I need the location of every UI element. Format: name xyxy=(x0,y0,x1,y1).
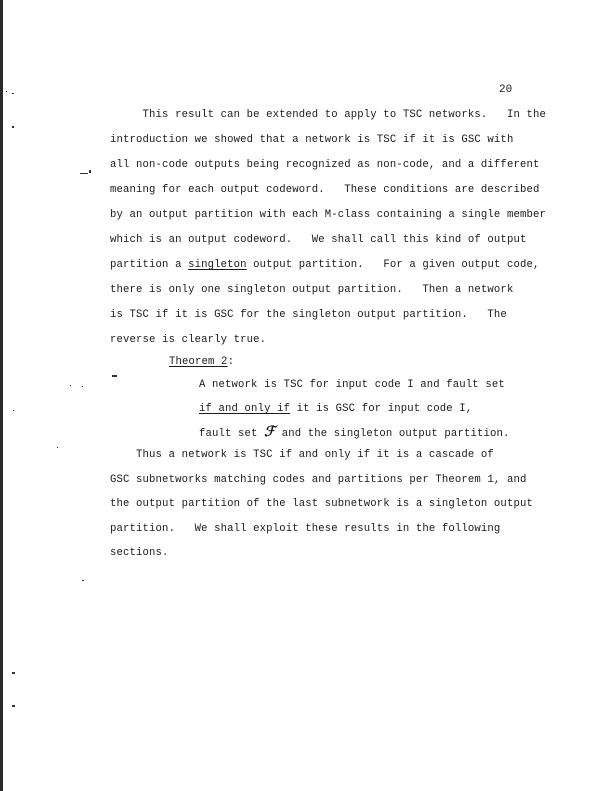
body-line: partition a singleton output partition. … xyxy=(110,258,540,272)
emphasis-singleton: singleton xyxy=(188,259,247,271)
text: and the singleton output partition. xyxy=(275,428,509,440)
body-line: meaning for each output codeword. These … xyxy=(110,183,539,197)
emphasis-iff: if and only if xyxy=(199,403,290,415)
scan-speck xyxy=(82,386,83,387)
text: output partition. For a given output cod… xyxy=(247,259,540,271)
page-number: 20 xyxy=(499,83,512,97)
body-line: by an output partition with each M-class… xyxy=(110,208,546,222)
scan-speck xyxy=(70,385,71,386)
body-line: sections. xyxy=(110,546,169,560)
scan-speck xyxy=(12,126,14,128)
body-line: there is only one singleton output parti… xyxy=(110,283,513,297)
scan-speck xyxy=(112,375,117,377)
text: : xyxy=(228,356,235,368)
theorem-heading: Theorem 2: xyxy=(169,355,234,369)
scan-speck xyxy=(13,410,14,411)
body-line: GSC subnetworks matching codes and parti… xyxy=(110,473,526,487)
scan-speck xyxy=(12,672,15,674)
body-line: all non-code outputs being recognized as… xyxy=(110,158,539,172)
fault-set-symbol: ℱ xyxy=(264,424,275,440)
text: partition a xyxy=(110,259,188,271)
body-line: the output partition of the last subnetw… xyxy=(110,497,533,511)
theorem-title: Theorem 2 xyxy=(169,356,228,368)
scan-speck xyxy=(82,580,84,581)
body-line: Thus a network is TSC if and only if it … xyxy=(110,448,494,462)
scan-speck xyxy=(80,173,88,174)
body-line: This result can be extended to apply to … xyxy=(110,108,546,122)
scan-speck xyxy=(89,170,91,173)
body-line: partition. We shall exploit these result… xyxy=(110,522,500,536)
text: fault set xyxy=(199,428,264,440)
scan-speck xyxy=(6,91,7,92)
body-line: reverse is clearly true. xyxy=(110,333,266,347)
scan-speck xyxy=(12,93,14,94)
scan-left-edge xyxy=(0,0,3,791)
scan-speck xyxy=(57,447,58,448)
body-line: which is an output codeword. We shall ca… xyxy=(110,233,526,247)
scan-speck xyxy=(12,705,15,707)
theorem-line: A network is TSC for input code I and fa… xyxy=(199,378,505,392)
text: it is GSC for input code I, xyxy=(290,403,472,415)
theorem-line: fault set ℱ and the singleton output par… xyxy=(199,425,510,441)
body-line: introduction we showed that a network is… xyxy=(110,133,513,147)
body-line: is TSC if it is GSC for the singleton ou… xyxy=(110,308,507,322)
theorem-line: if and only if it is GSC for input code … xyxy=(199,402,472,416)
